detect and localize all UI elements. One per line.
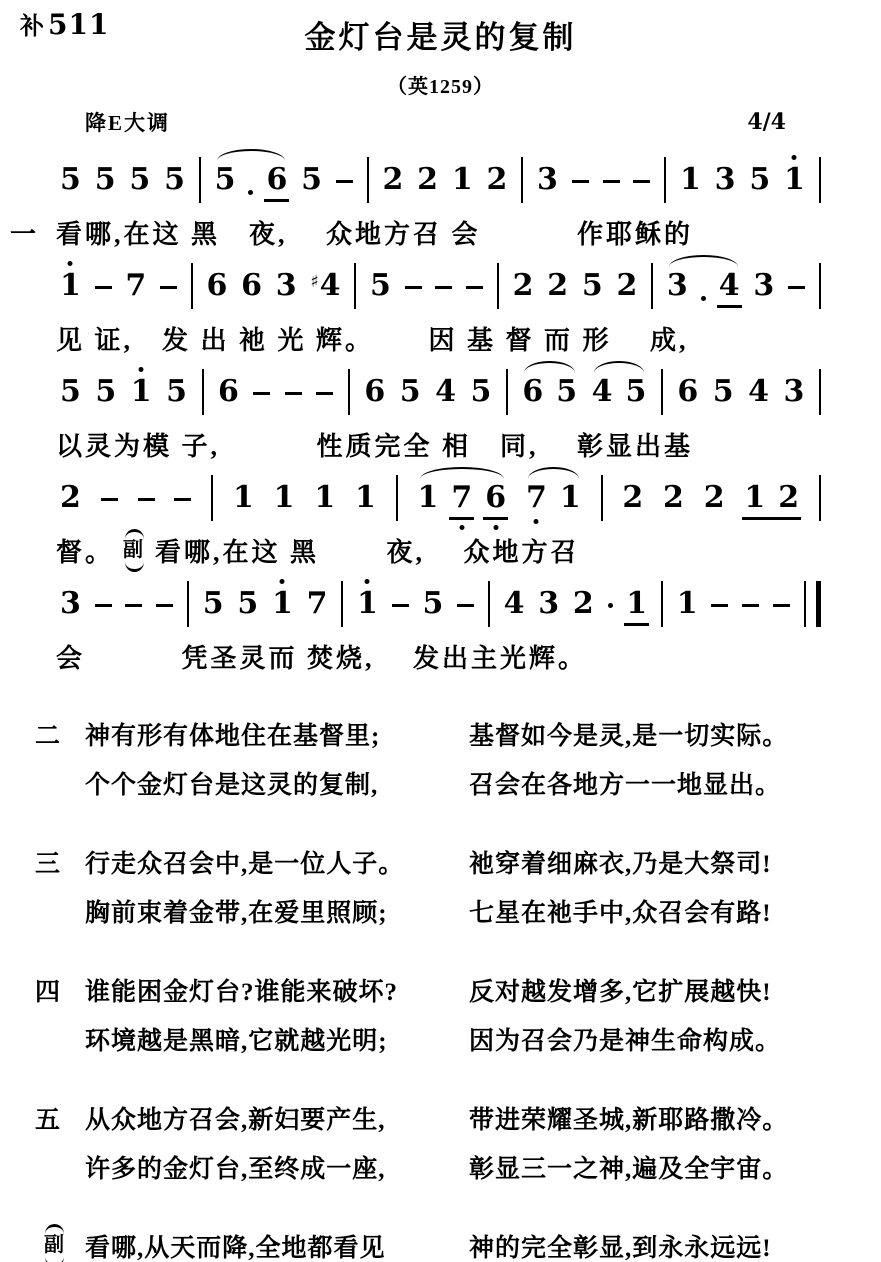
duration-dash [392,604,409,607]
note: 7 [307,589,328,619]
stanza-text: 神的完全彰显,到永永远远! [469,1228,881,1262]
note: 1 [357,589,378,619]
note: 2 [616,271,637,301]
duration-dash [711,604,728,607]
lyric-line: 以灵为模 子, 性质完全 相 同, 彰显出基 [0,421,881,467]
duration-dash [160,286,177,289]
note: 7 [451,483,472,513]
note: 5 [582,271,603,301]
stanza: 五从众地方召会,新妇要产生,带进荣耀圣城,新耶路撒冷。许多的金灯台,至终成一座,… [35,1093,881,1191]
note: 4 [748,377,769,407]
duration-dash [253,392,270,395]
duration-dash [773,604,790,607]
stanza-row: 胸前束着金带,在爱里照顾;七星在祂手中,众召会有路! [35,886,881,935]
stanza-text: 个个金灯台是这灵的复制, [85,765,469,801]
note: 4 [719,271,740,301]
note-digit: 3 [537,165,558,195]
high-octave-dot [68,261,73,266]
stanza: 副看哪,从天而降,全地都看见神的完全彰显,到永永远远! [35,1221,881,1262]
note-digit: 5 [95,165,116,195]
lyric-line: 督。副看哪,在这 黑 夜, 众地方召 [0,527,881,573]
note-digit: 1 [60,271,81,301]
duration-dash [125,604,142,607]
sharp-icon: ♯ [310,272,318,292]
barline [506,369,508,415]
hymn-sheet-page: 补511 金灯台是灵的复制 （英1259） 降E大调 4/4 555556522… [0,0,881,1262]
stanza-row: 五从众地方召会,新妇要产生,带进荣耀圣城,新耶路撒冷。 [35,1093,881,1142]
note: 3 [537,165,558,195]
note-digit: 5 [164,165,185,195]
barline [819,263,821,309]
note: 4 [435,377,456,407]
stanza-text: 胸前束着金带,在爱里照顾; [85,893,469,929]
notation-line: 5555565221231351 [60,151,821,209]
stanza-number: 五 [35,1100,85,1136]
note: 2 [513,271,534,301]
note-digit: 1 [626,589,647,619]
hymn-number-value: 511 [48,8,109,41]
note-digit: 5 [60,165,81,195]
note: 2 [417,165,438,195]
stanza-text: 环境越是黑暗,它就越光明; [85,1021,469,1057]
note-digit: 5 [129,165,150,195]
barline [497,263,499,309]
note: 1 [626,589,647,619]
note: 2 [382,165,403,195]
stanza-text: 神有形有体地住在基督里; [85,716,469,752]
note: 1 [60,271,81,301]
note-digit: 6 [364,377,385,407]
note-digit: 7 [307,589,328,619]
barline [367,157,369,203]
low-octave-dot [459,525,464,530]
high-octave-dot [280,579,285,584]
stanza-text: 谁能困金灯台?谁能来破坏? [85,972,469,1008]
stanza: 三行走众召会中,是一位人子。祂穿着细麻衣,乃是大祭司!胸前束着金带,在爱里照顾;… [35,837,881,935]
duration-dash [603,180,620,183]
stanzas-area: 二神有形有体地住在基督里;基督如今是灵,是一切实际。个个金灯台是这灵的复制,召会… [0,709,881,1262]
note-digit: 5 [556,377,577,407]
note: 6 [364,377,385,407]
note-digit: 5 [422,589,443,619]
note: 5 [95,377,116,407]
note-digit: 1 [560,483,581,513]
note-digit: 5 [370,271,391,301]
slur-group: 176 [418,483,507,513]
hymn-number: 补511 [20,6,109,41]
note: 2 [60,483,81,513]
notation-line: 55156654565456543 [60,363,821,421]
hymn-number-prefix: 补 [20,14,45,40]
note-digit: 2 [622,483,643,513]
lyric-text: 看哪,在这 黑 夜, 众地方召 会 作耶稣的 [56,214,693,251]
note-digit: 3 [276,271,297,301]
barline [819,157,821,203]
music-system: 5555565221231351一看哪,在这 黑 夜, 众地方召 会 作耶稣的 [0,151,881,255]
note: 5 [749,165,770,195]
slur-group: 45 [592,377,647,407]
note: 6 [266,165,287,195]
duration-dash [435,286,452,289]
high-octave-dot [792,155,797,160]
note-digit: 5 [749,165,770,195]
note: 6 [522,377,543,407]
stanza-text: 召会在各地方一一地显出。 [469,765,881,801]
duration-dash [95,604,112,607]
note: 1 [560,483,581,513]
note-digit: 5 [400,377,421,407]
note-digit: 1 [355,483,376,513]
slur-group: 71 [526,483,581,513]
note: 6 [218,377,239,407]
slur-group: 56 [215,165,288,195]
note: 5 [95,165,116,195]
stanza-text: 彰显三一之神,遍及全宇宙。 [469,1149,881,1185]
duration-dash [466,286,483,289]
stanza-row: 三行走众召会中,是一位人子。祂穿着细麻衣,乃是大祭司! [35,837,881,886]
note: 5 [129,165,150,195]
note: ♯4 [310,271,340,301]
barline [354,263,356,309]
note: 5 [203,589,224,619]
note-digit: 2 [417,165,438,195]
note-digit: 7 [526,483,547,513]
augmentation-dot [608,603,613,608]
note: 3 [667,271,688,301]
note-digit: 2 [704,483,725,513]
stanza-text: 基督如今是灵,是一切实际。 [469,716,881,752]
duration-dash [285,392,302,395]
chorus-mark-char: 副 [123,539,146,562]
note: 3 [60,589,81,619]
note-digit: 6 [218,377,239,407]
note-digit: 5 [582,271,603,301]
note: 4 [504,589,525,619]
note-digit: 1 [744,483,765,513]
barline [601,475,603,521]
stanza-marker: 一 [10,214,56,251]
barline [661,581,663,627]
note: 5 [237,589,258,619]
stanza-number: 二 [35,716,85,752]
note-digit: 4 [504,589,525,619]
note-digit: 2 [60,483,81,513]
lyric-line: 一看哪,在这 黑 夜, 众地方召 会 作耶稣的 [0,209,881,255]
note: 7 [526,483,547,513]
music-system: 55156654565456543以灵为模 子, 性质完全 相 同, 彰显出基 [0,363,881,467]
notation-line: 17663♯452252343 [60,257,821,315]
note: 3 [753,271,774,301]
note-digit: 5 [95,377,116,407]
stanza-row: 个个金灯台是这灵的复制,召会在各地方一一地显出。 [35,758,881,807]
barline [396,475,398,521]
stanza-text: 七星在祂手中,众召会有路! [469,893,881,929]
high-octave-dot [139,367,144,372]
note: 1 [784,165,805,195]
chorus-mark-char: 副 [44,1234,64,1257]
stanza-text: 行走众召会中,是一位人子。 [85,844,469,880]
note-digit: 2 [663,483,684,513]
note: 5 [713,377,734,407]
barline [819,369,821,415]
lyric-line: 会 凭圣灵而 焚烧, 发出主光辉。 [0,633,881,679]
note-digit: 7 [125,271,146,301]
note-digit: 2 [547,271,568,301]
stanza-number: 四 [35,972,85,1008]
note: 2 [487,165,508,195]
notation-area: 5555565221231351一看哪,在这 黑 夜, 众地方召 会 作耶稣的1… [0,151,881,679]
note-digit: 2 [616,271,637,301]
note-digit: 1 [357,589,378,619]
chorus-mark: 副 [123,529,146,572]
note: 5 [471,377,492,407]
stanza-text: 许多的金灯台,至终成一座, [85,1149,469,1185]
barline [199,157,201,203]
note-digit: 1 [784,165,805,195]
note: 1 [272,589,293,619]
chorus-mark: 副 [44,1224,64,1262]
notation-line: 355171543211 [60,575,821,633]
note: 1 [355,483,376,513]
note: 1 [680,165,701,195]
barline [341,581,343,627]
music-system: 355171543211会 凭圣灵而 焚烧, 发出主光辉。 [0,575,881,679]
key-signature: 降E大调 [85,107,170,137]
augmentation-dot [248,190,253,195]
note-digit: 5 [203,589,224,619]
note: 5 [60,377,81,407]
lyric-segment: 以灵为模 子, 性质完全 相 同, 彰显出基 [56,426,693,463]
barline [348,369,350,415]
stanza-number: 三 [35,844,85,880]
note-digit: 1 [314,483,335,513]
note-digit: 5 [237,589,258,619]
note-digit: 4 [435,377,456,407]
duration-dash [572,180,589,183]
duration-dash [336,180,353,183]
duration-dash [633,180,650,183]
lyric-segment: 看哪,在这 黑 夜, 众地方召 [155,532,580,569]
barline [211,475,213,521]
note: 2 [778,483,799,513]
note: 1 [131,377,152,407]
note: 6 [677,377,698,407]
stanza-row: 二神有形有体地住在基督里;基督如今是灵,是一切实际。 [35,709,881,758]
note: 1 [452,165,473,195]
note-digit: 2 [382,165,403,195]
duration-dash [316,392,333,395]
barline [661,369,663,415]
note: 5 [422,589,443,619]
note-digit: 2 [778,483,799,513]
note-digit: 7 [451,483,472,513]
beam-group: 12 [744,483,799,513]
note-digit: 4 [748,377,769,407]
stanza-row: 副看哪,从天而降,全地都看见神的完全彰显,到永永远远! [35,1221,881,1262]
duration-dash [405,286,422,289]
barline [651,263,653,309]
note-digit: 5 [471,377,492,407]
barline [191,263,193,309]
duration-dash [101,498,118,501]
stanza-text: 带进荣耀圣城,新耶路撒冷。 [469,1100,881,1136]
note: 2 [547,271,568,301]
note-digit: 6 [677,377,698,407]
music-system: 211111767122212督。副看哪,在这 黑 夜, 众地方召 [0,469,881,573]
note: 1 [233,483,254,513]
note: 2 [573,589,594,619]
note: 5 [164,165,185,195]
high-octave-dot [365,579,370,584]
note: 5 [60,165,81,195]
note-digit: 4 [719,271,740,301]
note-digit: 2 [487,165,508,195]
note-digit: 2 [513,271,534,301]
lyric-text: 督。副看哪,在这 黑 夜, 众地方召 [56,529,580,572]
note-digit: 3 [715,165,736,195]
bracket-top-icon [45,1224,64,1234]
note: 3 [784,377,805,407]
note-digit: 5 [713,377,734,407]
note: 2 [704,483,725,513]
note: 1 [744,483,765,513]
stanza: 二神有形有体地住在基督里;基督如今是灵,是一切实际。个个金灯台是这灵的复制,召会… [35,709,881,807]
note: 5 [400,377,421,407]
note-digit: 2 [573,589,594,619]
barline [202,369,204,415]
note: 1 [274,483,295,513]
music-system: 17663♯452252343见 证, 发 出 祂 光 辉。 因 基 督 而 形… [0,257,881,361]
lyric-segment: 会 凭圣灵而 焚烧, 发出主光辉。 [56,638,587,675]
note: 5 [626,377,647,407]
meta-row: 降E大调 4/4 [0,107,881,137]
duration-dash [742,604,759,607]
note: 4 [592,377,613,407]
note: 2 [622,483,643,513]
barline [819,475,821,521]
barline [521,157,523,203]
note: 3 [538,589,559,619]
stanza-row: 许多的金灯台,至终成一座,彰显三一之神,遍及全宇宙。 [35,1142,881,1191]
note-digit: 1 [272,589,293,619]
hymn-subtitle: （英1259） [0,70,881,99]
note-digit: 1 [418,483,439,513]
note-digit: 6 [522,377,543,407]
note-digit: 3 [60,589,81,619]
stanza-text: 看哪,从天而降,全地都看见 [85,1228,469,1262]
note-digit: 3 [784,377,805,407]
duration-dash [95,286,112,289]
stanza-number: 副 [35,1224,85,1262]
note: 7 [125,271,146,301]
lyric-text: 见 证, 发 出 祂 光 辉。 因 基 督 而 形 成, [56,320,689,357]
note: 3 [276,271,297,301]
final-barline [804,581,821,627]
stanza-row: 环境越是黑暗,它就越光明;因为召会乃是神生命构成。 [35,1014,881,1063]
note-digit: 3 [538,589,559,619]
bracket-top-icon [125,529,144,539]
barline [488,581,490,627]
low-octave-dot [493,525,498,530]
note: 5 [166,377,187,407]
stanza-row: 四谁能困金灯台?谁能来破坏?反对越发增多,它扩展越快! [35,965,881,1014]
note: 5 [215,165,236,195]
note: 1 [418,483,439,513]
lyric-text: 以灵为模 子, 性质完全 相 同, 彰显出基 [56,426,693,463]
duration-dash [788,286,805,289]
note: 3 [715,165,736,195]
stanza-text: 反对越发增多,它扩展越快! [469,972,881,1008]
stanza: 四谁能困金灯台?谁能来破坏?反对越发增多,它扩展越快!环境越是黑暗,它就越光明;… [35,965,881,1063]
note-digit: 5 [166,377,187,407]
low-octave-dot [534,519,539,524]
note-digit: 1 [680,165,701,195]
note: 6 [485,483,506,513]
note: 6 [207,271,228,301]
stanza-text: 因为召会乃是神生命构成。 [469,1021,881,1057]
duration-dash [457,604,474,607]
note: 5 [370,271,391,301]
note-digit: 3 [753,271,774,301]
barline [187,581,189,627]
duration-dash [156,604,173,607]
note: 1 [314,483,335,513]
stanza-text: 从众地方召会,新妇要产生, [85,1100,469,1136]
bracket-bottom-icon [125,562,144,572]
note-digit: 1 [131,377,152,407]
time-signature: 4/4 [747,109,786,135]
note-digit: 6 [266,165,287,195]
notation-line: 211111767122212 [60,469,821,527]
note-digit: 4 [592,377,613,407]
hymn-title: 金灯台是灵的复制 [0,0,881,57]
duration-dash [138,498,155,501]
note: 1 [677,589,698,619]
note: 6 [241,271,262,301]
stanza-text: 祂穿着细麻衣,乃是大祭司! [469,844,881,880]
bracket-bottom-icon [45,1257,64,1262]
note-digit: 5 [60,377,81,407]
note-digit: 3 [667,271,688,301]
duration-dash [174,498,191,501]
note-digit: 4 [320,271,341,301]
lyric-segment: 见 证, 发 出 祂 光 辉。 因 基 督 而 形 成, [56,320,689,357]
slur-group: 34 [667,271,740,301]
note-digit: 6 [485,483,506,513]
barline [664,157,666,203]
note-digit: 1 [677,589,698,619]
lyric-text: 会 凭圣灵而 焚烧, 发出主光辉。 [56,638,587,675]
note-digit: 6 [207,271,228,301]
note-digit: 5 [626,377,647,407]
lyric-segment: 看哪,在这 黑 夜, 众地方召 会 作耶稣的 [56,214,693,251]
note: 2 [663,483,684,513]
note-digit: 1 [452,165,473,195]
lyric-segment: 督。 [56,532,114,569]
note-digit: 5 [215,165,236,195]
note-digit: 1 [233,483,254,513]
lyric-line: 见 证, 发 出 祂 光 辉。 因 基 督 而 形 成, [0,315,881,361]
augmentation-dot [701,296,706,301]
note-digit: 6 [241,271,262,301]
note: 5 [301,165,322,195]
note: 5 [556,377,577,407]
note-digit: 1 [274,483,295,513]
slur-group: 65 [522,377,577,407]
note-digit: 5 [301,165,322,195]
